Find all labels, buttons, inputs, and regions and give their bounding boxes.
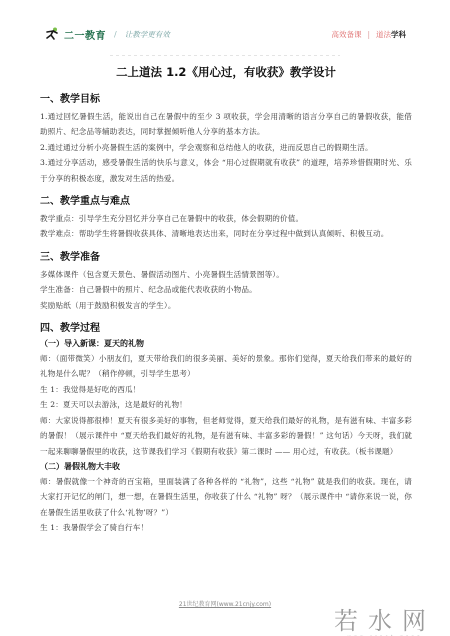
dialogue-line: 师：暑假就像一个神奇的百宝箱，里面装满了各种各样的 “礼物”，这些 “礼物” 就… [40,474,412,520]
tag-efficient-prep: 高效备课 [331,29,361,40]
brand-name: 二一教育 [64,27,106,42]
section-heading-preparation: 三、教学准备 [40,248,412,263]
header-divider [110,55,340,56]
tag-subject-suffix: 学科 [391,29,406,40]
section-heading-process: 四、教学过程 [40,319,412,334]
dialogue-line: 生 1：我暑假学会了骑自行车！ [40,520,412,535]
page-header: 二一教育 / 让教学更有效 高效备课 | 道法 学科 [44,24,406,44]
subsection-heading-harvest: （二）暑假礼物大丰收 [40,461,412,472]
dialogue-line: 生 1：我觉得是好吃的西瓜！ [40,382,412,397]
tag-subject-prefix: 道法 [376,29,391,40]
document-title: 二上道法 1.2《用心过，有收获》教学设计 [40,64,412,80]
prep-item-3: 奖励贴纸（用于鼓励积极发言的学生）。 [40,298,412,313]
goal-1: 1.通过回忆暑假生活，能说出自己在暑假中的至少 3 项收获，学会用清晰的语言分享… [40,109,412,140]
prep-item-2: 学生准备：自己暑假中的照片、纪念品或能代表收获的小物品。 [40,282,412,297]
subsection-heading-intro: （一）导入新课：夏天的礼物 [40,338,412,349]
goal-3: 3.通过分享活动，感受暑假生活的快乐与意义，体会 “用心过假期就有收获” 的道理… [40,155,412,186]
brand: 二一教育 / 让教学更有效 [44,27,170,42]
runner-logo-icon [44,27,60,41]
goal-2: 2.通过通过分析小亮暑假生活的案例中，学会观察和总结他人的收获，进而反思自己的假… [40,140,412,155]
dialogue-line: 生 2：夏天可以去游泳，这是最好的礼物！ [40,397,412,412]
brand-slogan: 让教学更有效 [125,29,170,40]
dialogue-line: 师：大家说得都很棒！夏天有很多美好的事物，但老师觉得，夏天给我们最好的礼物，是有… [40,413,412,459]
prep-item-1: 多媒体课件（包含夏天景色、暑假活动图片、小亮暑假生活情景图等）。 [40,267,412,282]
section-heading-key-points: 二、教学重点与难点 [40,192,412,207]
brand-divider: / [114,30,117,39]
tag-divider: | [367,30,370,39]
document-body: 二上道法 1.2《用心过，有收获》教学设计 一、教学目标 1.通过回忆暑假生活，… [40,60,412,536]
difficult-point: 教学难点：帮助学生将暑假收获具体、清晰地表达出来，同时在分享过程中做到认真倾听、… [40,226,412,241]
key-point: 教学重点：引导学生充分回忆并分享自己在暑假中的收获，体会假期的价值。 [40,211,412,226]
watermark-text: 若水网 [334,601,436,636]
watermark: 若水网 www.rsnet.wang [334,601,436,636]
header-tags: 高效备课 | 道法 学科 [331,29,406,40]
dialogue-line: 师：（面带微笑）小朋友们，夏天带给我们的很多美丽、美好的景象。那你们觉得，夏天给… [40,351,412,382]
section-heading-goals: 一、教学目标 [40,90,412,105]
